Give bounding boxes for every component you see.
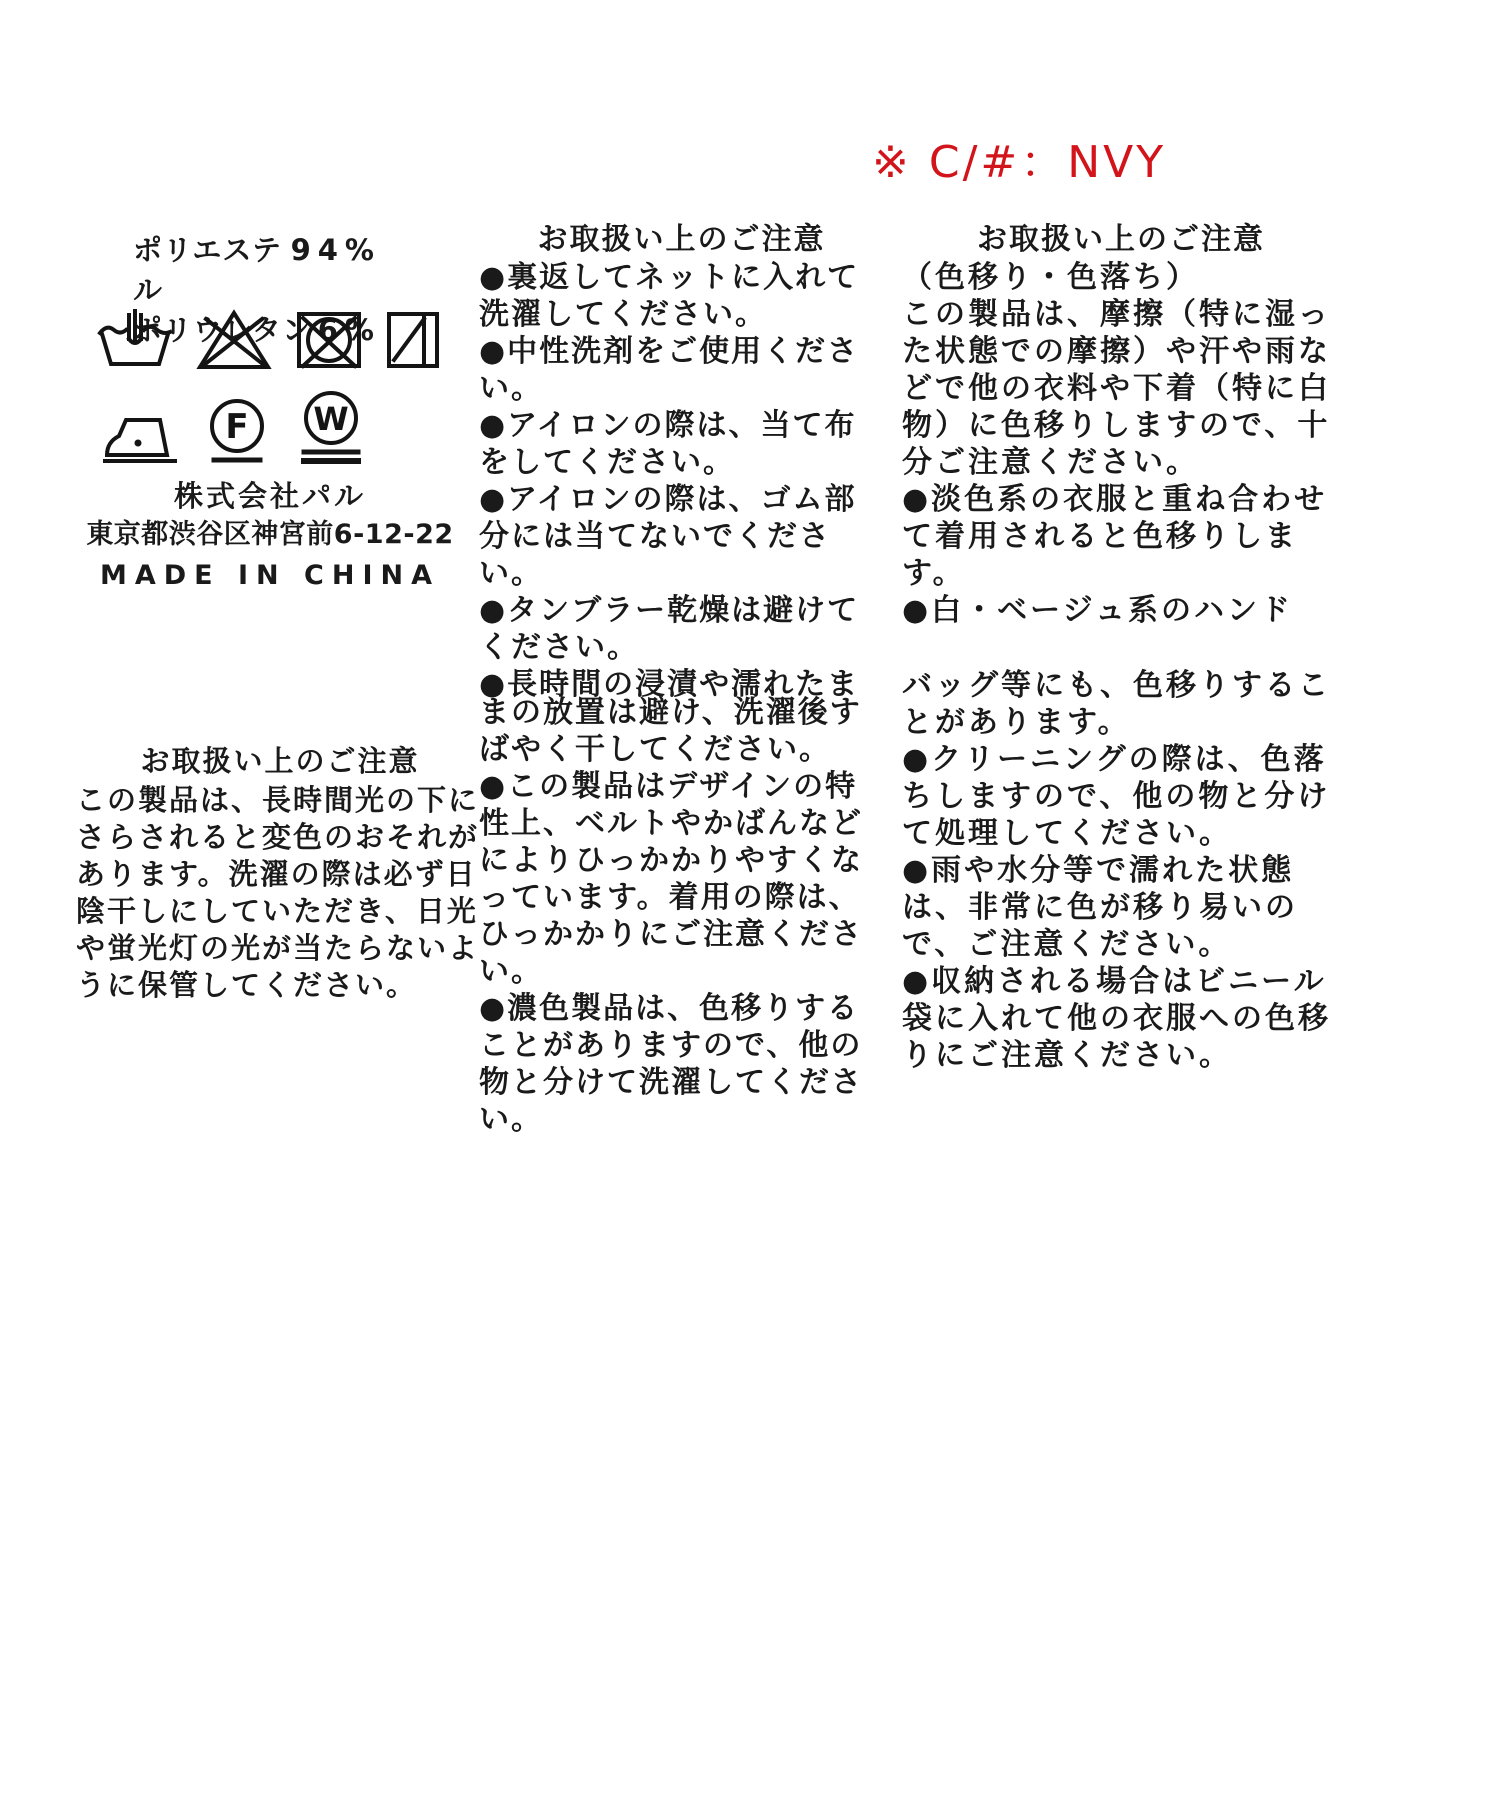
- care-instruction: バッグ等にも、色移りすることがあります。: [902, 667, 1340, 741]
- material-percent: 94%: [291, 230, 381, 310]
- care-symbols-row-2: F W: [102, 388, 366, 466]
- care-note-color-transfer-bottom: バッグ等にも、色移りすることがあります。 ●クリーニングの際は、色落ちしますので…: [902, 667, 1340, 1074]
- color-code-note: ※ C/#：NVY: [872, 126, 1166, 190]
- care-instruction: ●雨や水分等で濡れた状態は、非常に色が移り易いので、ご注意ください。: [902, 852, 1340, 963]
- dry-in-shade-icon: [384, 308, 442, 372]
- company-name: 株式会社パル: [55, 476, 485, 516]
- care-note-title: お取扱い上のご注意: [479, 221, 884, 259]
- care-note-washing-top: お取扱い上のご注意 ●裏返してネットに入れて洗濯してください。 ●中性洗剤をご使…: [479, 221, 884, 703]
- care-instruction: ●中性洗剤をご使用ください。: [479, 333, 884, 407]
- care-note-title: お取扱い上のご注意: [76, 742, 484, 780]
- care-instruction: ●クリーニングの際は、色落ちしますので、他の物と分けて処理してください。: [902, 741, 1340, 852]
- iron-low-icon: [102, 404, 178, 466]
- care-instruction: ●収納される場合はビニール袋に入れて他の衣服への色移りにご注意ください。: [902, 963, 1340, 1074]
- care-instruction: ●この製品はデザインの特性上、ベルトやかばんなどによりひっかかりやすくなっていま…: [479, 768, 884, 990]
- do-not-bleach-icon: [194, 308, 274, 372]
- care-note-title: お取扱い上のご注意: [902, 221, 1340, 259]
- care-instruction: ●白・ベージュ系のハンド: [902, 592, 1340, 629]
- hand-wash-icon: [96, 308, 174, 372]
- care-instruction: この製品は、摩擦（特に湿った状態での摩擦）や汗や雨などで他の衣料や下着（特に白物…: [902, 296, 1340, 481]
- country-of-origin: MADE IN CHINA: [55, 556, 485, 596]
- care-instruction: ●裏返してネットに入れて洗濯してください。: [479, 259, 884, 333]
- do-not-tumble-dry-icon: [294, 308, 364, 372]
- care-note-subtitle: （色移り・色落ち）: [902, 259, 1340, 296]
- dry-clean-letter: F: [225, 407, 248, 447]
- care-note-light-fading: お取扱い上のご注意 この製品は、長時間光の下にさらされると変色のおそれがあります…: [76, 742, 484, 1004]
- wet-clean-letter: W: [313, 400, 348, 438]
- care-label-sheet: ※ C/#：NVY ポリエステル 94% ポリウレタン 6%: [0, 0, 1500, 1800]
- care-instruction: ●濃色製品は、色移りすることがありますので、他の物と分けて洗濯してください。: [479, 990, 884, 1138]
- care-instruction: まの放置は避け、洗濯後すばやく干してください。: [479, 694, 884, 768]
- composition-row: ポリエステル 94%: [133, 230, 381, 310]
- care-symbols-row-1: [96, 308, 442, 372]
- care-instruction: ●アイロンの際は、当て布をしてください。: [479, 407, 884, 481]
- care-instruction: ●タンブラー乾燥は避けてください。: [479, 592, 884, 666]
- care-note-color-transfer-top: お取扱い上のご注意 （色移り・色落ち） この製品は、摩擦（特に湿った状態での摩擦…: [902, 221, 1340, 629]
- dry-clean-f-icon: F: [204, 396, 270, 466]
- wet-clean-w-icon: W: [296, 388, 366, 466]
- care-note-body: この製品は、長時間光の下にさらされると変色のおそれがあります。洗濯の際は必ず日陰…: [76, 782, 484, 1004]
- care-instruction: ●淡色系の衣服と重ね合わせて着用されると色移りします。: [902, 481, 1340, 592]
- maker-info: 株式会社パル 東京都渋谷区神宮前6-12-22 MADE IN CHINA: [55, 476, 485, 596]
- care-note-washing-bottom: まの放置は避け、洗濯後すばやく干してください。 ●この製品はデザインの特性上、ベ…: [479, 694, 884, 1138]
- material-name: ポリエステル: [133, 230, 291, 310]
- company-address: 東京都渋谷区神宮前6-12-22: [55, 516, 485, 554]
- care-instruction: ●アイロンの際は、ゴム部分には当てないでください。: [479, 481, 884, 592]
